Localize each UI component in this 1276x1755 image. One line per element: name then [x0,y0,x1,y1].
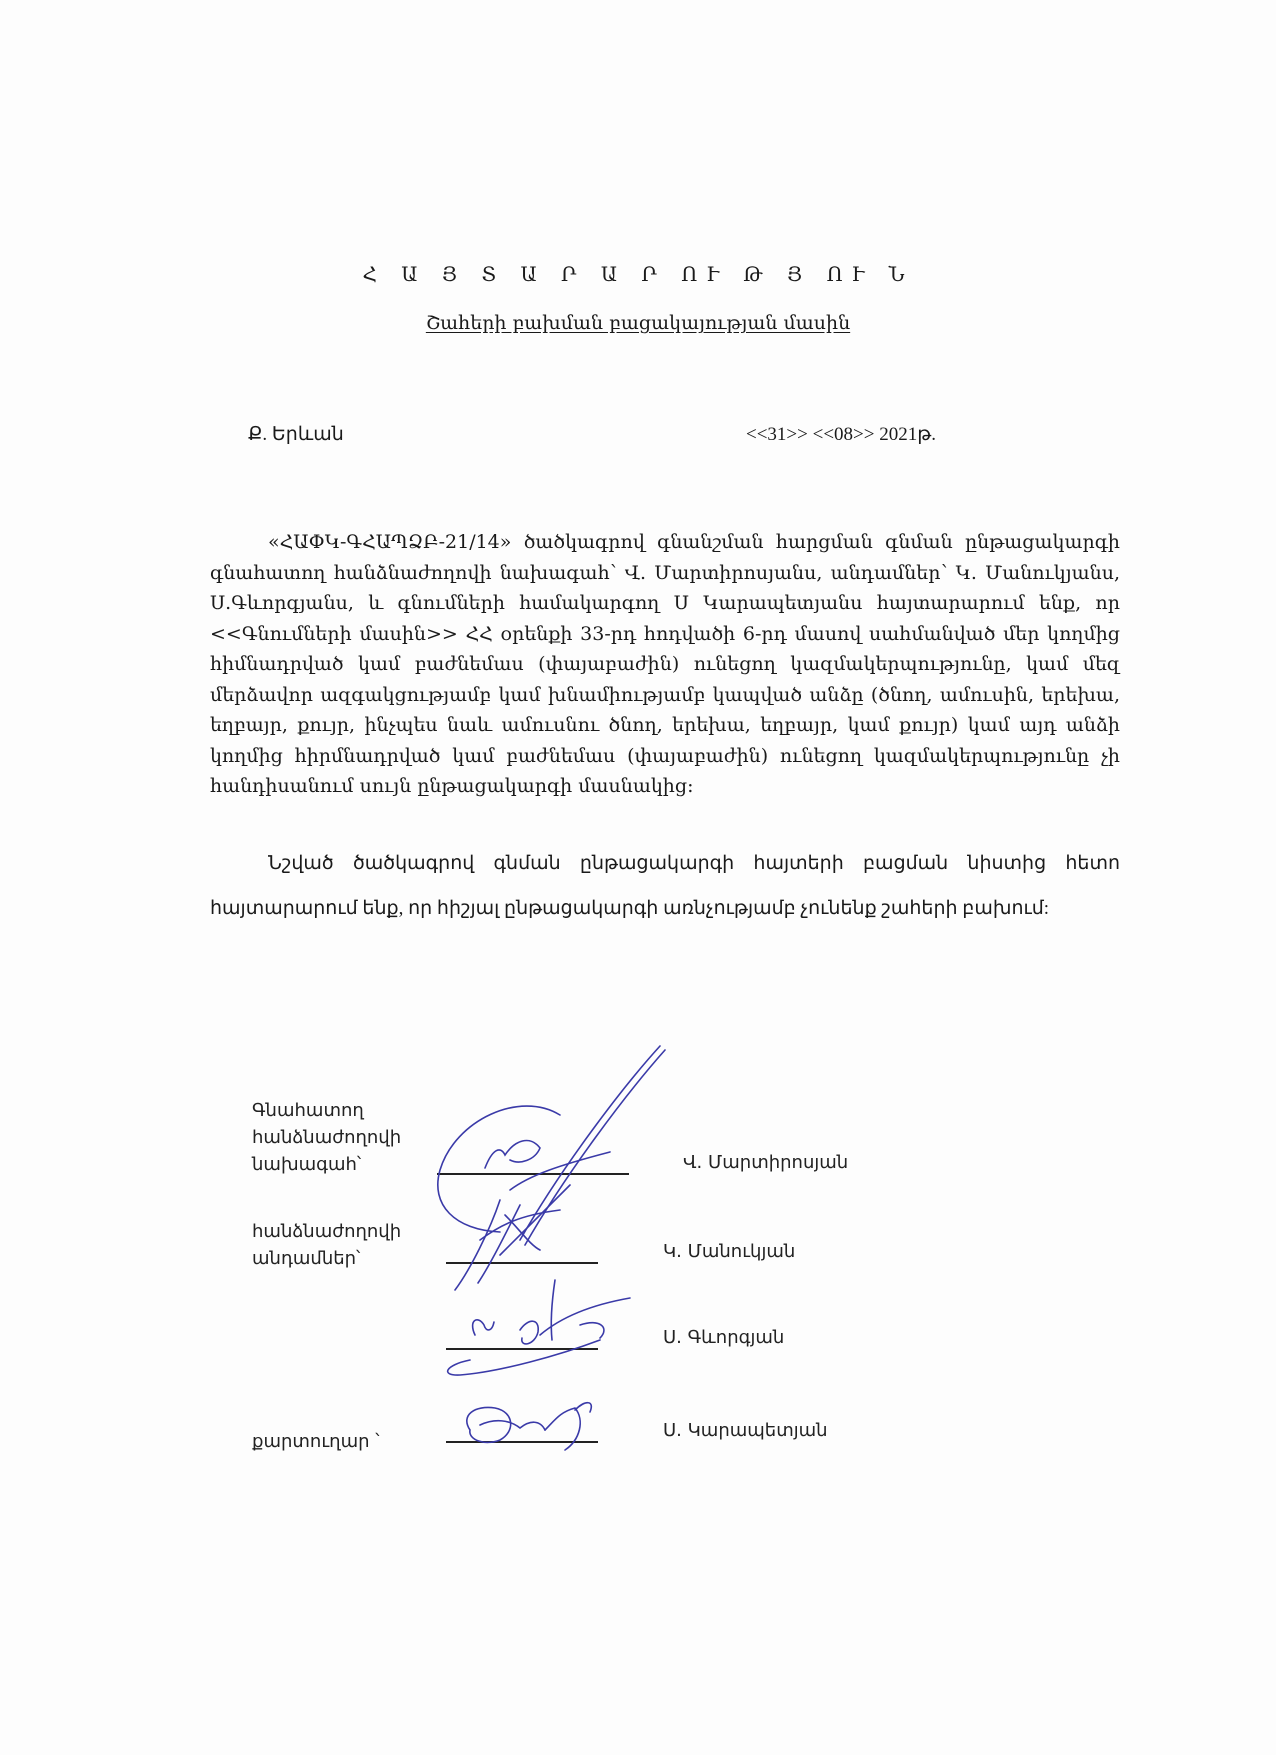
chair-label: Գնահատող հանձնաժողովի նախագահ՝ [252,1097,401,1178]
document-city: Ք. Երևան [248,423,344,446]
members-label-line: անդամներ՝ [252,1245,401,1272]
declaration-paragraph-1: «ՀԱՓԿ-ԳՀԱՊՁԲ-21/14» ծածկագրով գնանշման հ… [210,527,1120,802]
member-1-signature-icon [455,1200,560,1290]
document-page: Հ Ա Յ Տ Ա Ր Ա Ր ՈՒ Թ Յ ՈՒ Ն Շահերի բախմա… [0,0,1276,1755]
chair-signature-line [437,1173,629,1175]
chair-name: Վ. Մարտիրոսյան [683,1152,848,1173]
declaration-body: «ՀԱՓԿ-ԳՀԱՊՁԲ-21/14» ծածկագրով գնանշման հ… [210,527,1120,802]
secretary-signature-line [446,1441,598,1443]
chair-label-line: նախագահ՝ [252,1151,401,1178]
member-1-name: Կ. Մանուկյան [663,1241,795,1262]
secretary-name: Ս. Կարապետյան [663,1420,828,1441]
member-1-signature-line [446,1262,598,1264]
member-2-signature-line [446,1348,598,1350]
paragraph-2-line-2: հայտարարում ենք, որ հիշյալ ընթացակարգի ա… [210,897,1120,920]
chair-signature-icon [438,1046,665,1255]
secretary-label: քարտուղար ՝ [252,1428,380,1455]
secretary-signature-icon [467,1403,592,1450]
declaration-paragraph-2: Նշված ծածկագրով գնման ընթացակարգի հայտեր… [210,852,1120,920]
member-2-name: Ս. Գևորգյան [663,1327,784,1348]
member-2-signature-icon [448,1280,630,1375]
members-label: հանձնաժողովի անդամներ՝ [252,1218,401,1272]
members-label-line: հանձնաժողովի [252,1218,401,1245]
chair-label-line: Գնահատող [252,1097,401,1124]
chair-label-line: հանձնաժողովի [252,1124,401,1151]
document-date: <<31>> <<08>> 2021թ. [746,423,936,446]
paragraph-2-line-1: Նշված ծածկագրով գնման ընթացակարգի հայտեր… [210,852,1120,875]
document-title: Հ Ա Յ Տ Ա Ր Ա Ր ՈՒ Թ Յ ՈՒ Ն [0,262,1276,286]
document-subtitle: Շահերի բախման բացակայության մասին [0,312,1276,334]
